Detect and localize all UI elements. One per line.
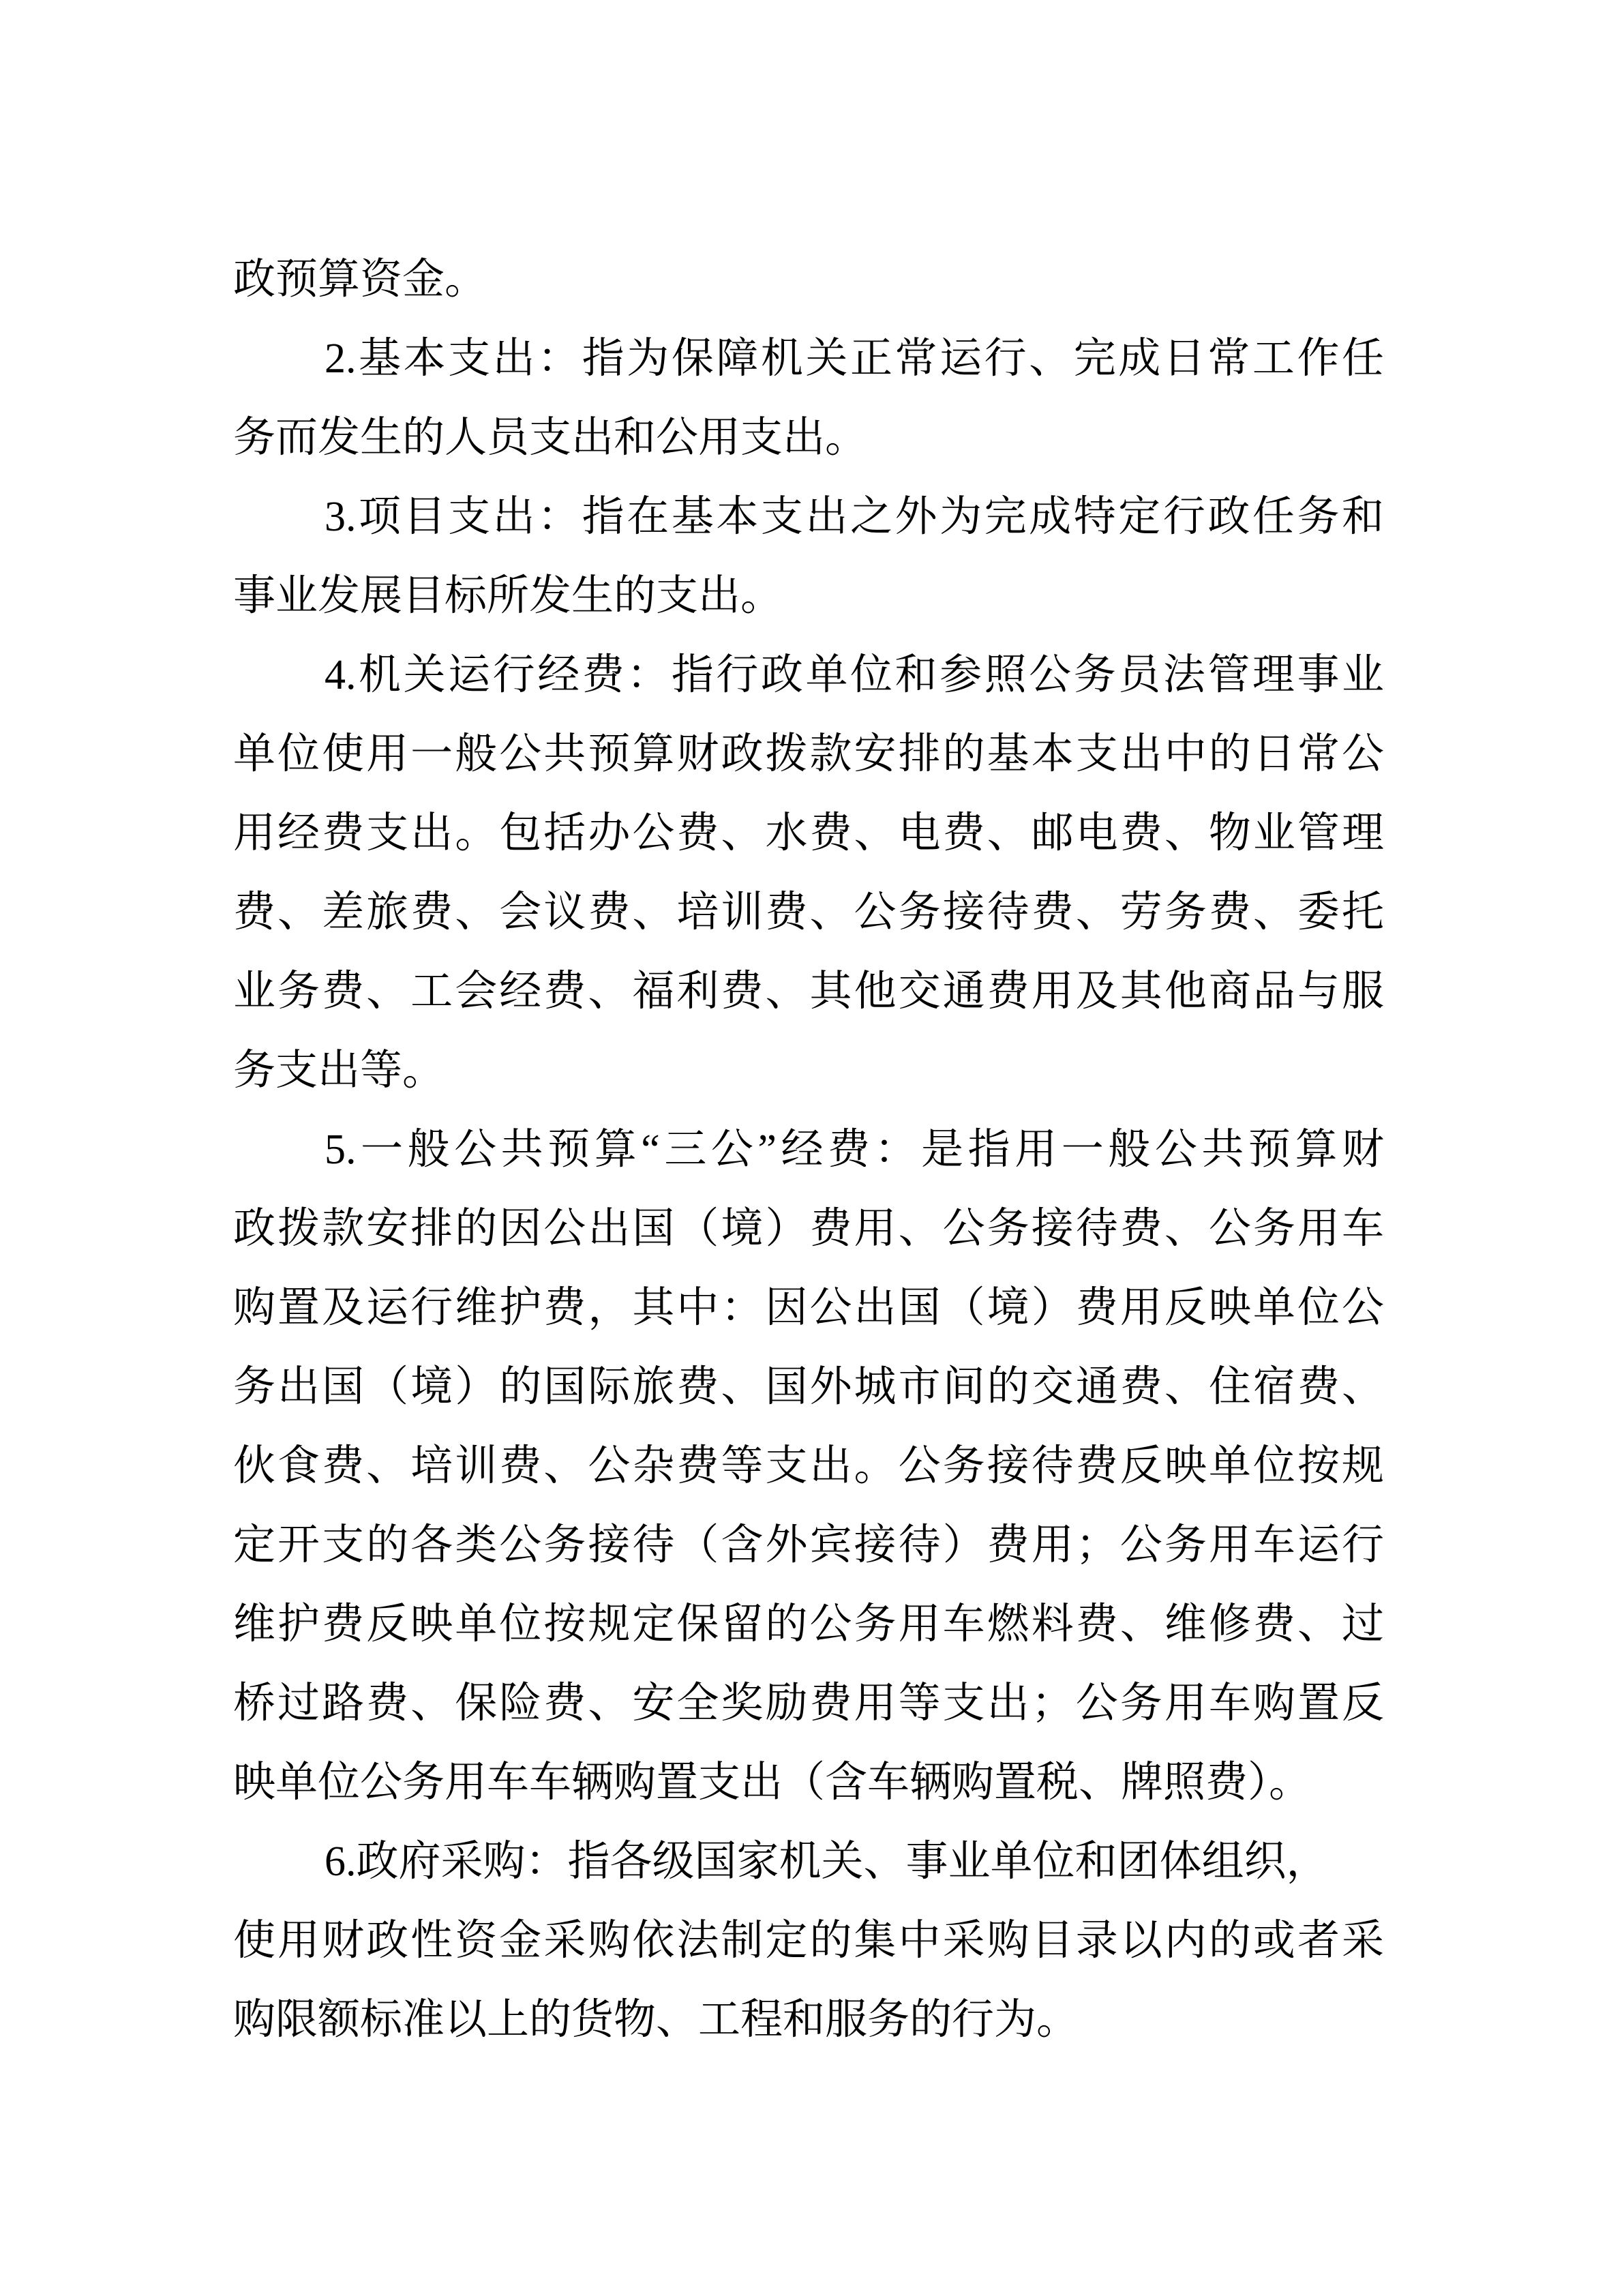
text-line: 费、差旅费、会议费、培训费、公务接待费、劳务费、委托 bbox=[233, 873, 1384, 952]
text-line: 使用财政性资金采购依法制定的集中采购目录以内的或者采 bbox=[233, 1901, 1384, 1980]
text-line: 务而发生的人员支出和公用支出。 bbox=[233, 398, 1384, 477]
text-line: 政拨款安排的因公出国（境）费用、公务接待费、公务用车 bbox=[233, 1189, 1384, 1268]
text-line: 定开支的各类公务接待（含外宾接待）费用；公务用车运行 bbox=[233, 1506, 1384, 1585]
text-line: 用经费支出。包括办公费、水费、电费、邮电费、物业管理 bbox=[233, 794, 1384, 873]
text-line: 维护费反映单位按规定保留的公务用车燃料费、维修费、过 bbox=[233, 1585, 1384, 1664]
text-line: 务出国（境）的国际旅费、国外城市间的交通费、住宿费、 bbox=[233, 1347, 1384, 1427]
text-line: 桥过路费、保险费、安全奖励费用等支出；公务用车购置反 bbox=[233, 1664, 1384, 1743]
text-line: 5.一般公共预算“三公”经费：是指用一般公共预算财 bbox=[233, 1110, 1384, 1189]
text-line: 映单位公务用车车辆购置支出（含车辆购置税、牌照费）。 bbox=[233, 1743, 1384, 1822]
text-line: 购置及运行维护费，其中：因公出国（境）费用反映单位公 bbox=[233, 1268, 1384, 1347]
text-line: 伙食费、培训费、公杂费等支出。公务接待费反映单位按规 bbox=[233, 1427, 1384, 1506]
text-line: 购限额标准以上的货物、工程和服务的行为。 bbox=[233, 1980, 1384, 2059]
document-page: 政预算资金。 2.基本支出：指为保障机关正常运行、完成日常工作任 务而发生的人员… bbox=[0, 0, 1624, 2296]
text-line: 3.项目支出：指在基本支出之外为完成特定行政任务和 bbox=[233, 477, 1384, 556]
text-line: 务支出等。 bbox=[233, 1031, 1384, 1110]
text-block: 政预算资金。 2.基本支出：指为保障机关正常运行、完成日常工作任 务而发生的人员… bbox=[233, 240, 1384, 2059]
text-line: 业务费、工会经费、福利费、其他交通费用及其他商品与服 bbox=[233, 952, 1384, 1031]
text-line: 单位使用一般公共预算财政拨款安排的基本支出中的日常公 bbox=[233, 715, 1384, 794]
text-line: 事业发展目标所发生的支出。 bbox=[233, 556, 1384, 636]
text-line: 6.政府采购：指各级国家机关、事业单位和团体组织， bbox=[233, 1822, 1384, 1901]
text-line: 2.基本支出：指为保障机关正常运行、完成日常工作任 bbox=[233, 319, 1384, 398]
text-line: 政预算资金。 bbox=[233, 240, 1384, 319]
text-line: 4.机关运行经费：指行政单位和参照公务员法管理事业 bbox=[233, 636, 1384, 715]
